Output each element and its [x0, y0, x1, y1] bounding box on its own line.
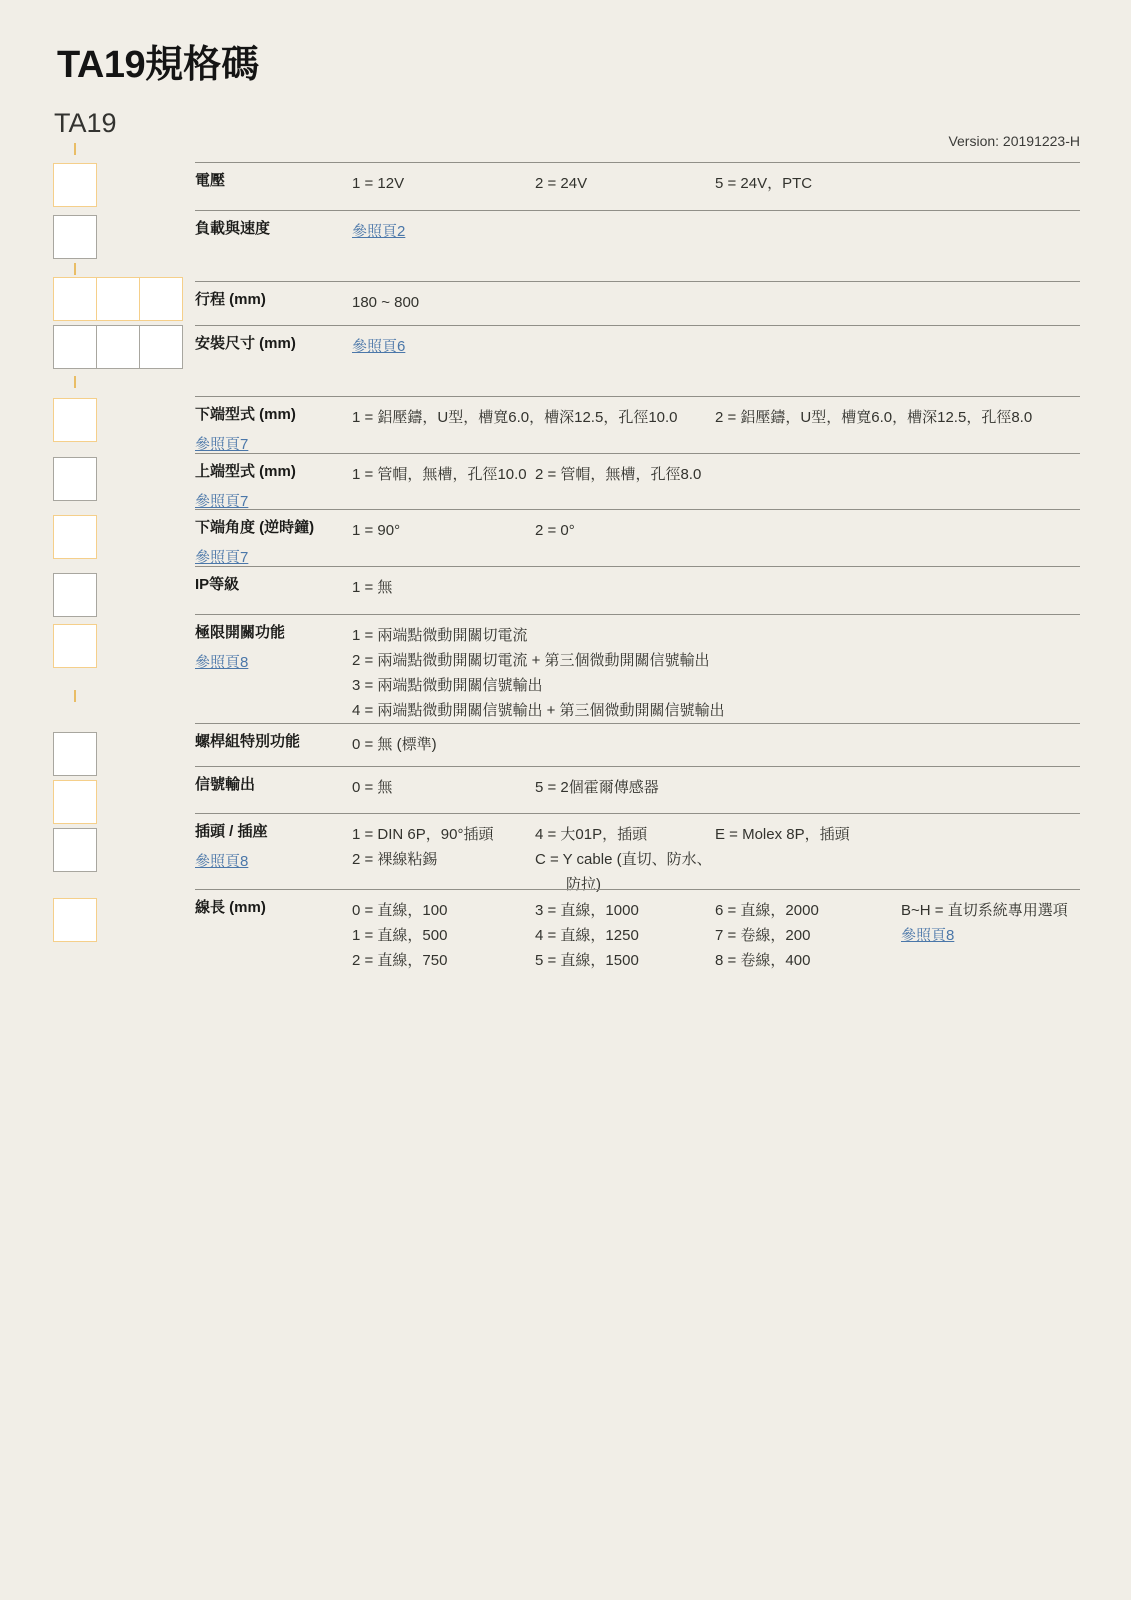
option-value: 2 = 兩端點微動開關切電流 + 第三個微動開關信號輸出: [352, 648, 725, 673]
spec-row-mounting: 安裝尺寸 (mm)參照頁6: [195, 325, 1080, 326]
row-label: 下端角度 (逆時鐘): [195, 518, 314, 538]
rail-tick: [74, 143, 76, 155]
code-box-cell: [53, 398, 97, 442]
option-value: 1 = 無: [352, 575, 392, 600]
spec-row-bottom-angle: 下端角度 (逆時鐘)參照頁71 = 90°2 = 0°: [195, 509, 1080, 510]
spec-row-connector: 插頭 / 插座參照頁81 = DIN 6P，90°插頭2 = 裸線粘錫4 = 大…: [195, 813, 1080, 814]
options-column: 0 = 無: [352, 775, 392, 800]
option-value: 2 = 24V: [535, 171, 587, 196]
code-box-cell: [53, 898, 97, 942]
option-value: 2 = 裸線粘錫: [352, 847, 493, 872]
spec-row-stroke: 行程 (mm)180 ~ 800: [195, 281, 1080, 282]
options-column: 1 = DIN 6P，90°插頭2 = 裸線粘錫: [352, 822, 493, 872]
option-value: 3 = 兩端點微動開關信號輸出: [352, 673, 725, 698]
spec-row-ip-rating: IP等級1 = 無: [195, 566, 1080, 567]
code-box-cell: [96, 277, 140, 321]
option-value: 5 = 24V，PTC: [715, 171, 812, 196]
option-value: 0 = 無: [352, 775, 392, 800]
code-series-label: TA19: [54, 108, 117, 138]
option-value: C = Y cable (直切、防水、: [535, 847, 712, 872]
row-label: 負載與速度: [195, 219, 270, 239]
option-value: 2 = 鋁壓鑄，U型，槽寬6.0，槽深12.5，孔徑8.0: [715, 405, 1032, 430]
code-box-ip-rating: [53, 573, 97, 617]
spec-row-top-type: 上端型式 (mm)參照頁71 = 管帽，無槽，孔徑10.02 = 管帽，無槽，孔…: [195, 453, 1080, 454]
option-value: 1 = 鋁壓鑄，U型，槽寬6.0，槽深12.5，孔徑10.0: [352, 405, 678, 430]
row-label: 極限開關功能: [195, 623, 285, 643]
option-value: 3 = 直線，1000: [535, 898, 639, 923]
code-box-mounting: [53, 325, 183, 369]
options-column: 參照頁2: [352, 219, 405, 244]
rail-tick: [74, 376, 76, 388]
option-value: 2 = 0°: [535, 518, 575, 543]
row-label: 螺桿組特別功能: [195, 732, 300, 752]
option-value: 5 = 直線，1500: [535, 948, 639, 973]
options-column: 參照頁6: [352, 334, 405, 359]
code-box-cell: [53, 215, 97, 259]
options-column: 4 = 大01P，插頭C = Y cable (直切、防水、防拉): [535, 822, 712, 897]
options-column: 1 = 管帽，無槽，孔徑10.0: [352, 462, 527, 487]
page-title: TA19規格碼: [57, 44, 259, 86]
options-column: 1 = 鋁壓鑄，U型，槽寬6.0，槽深12.5，孔徑10.0: [352, 405, 678, 430]
code-box-connector: [53, 828, 97, 872]
option-value: 2 = 直線，750: [352, 948, 447, 973]
option-value: 6 = 直線，2000: [715, 898, 819, 923]
ref-link[interactable]: 參照頁8: [901, 923, 1068, 948]
option-value: 4 = 大01P，插頭: [535, 822, 712, 847]
code-box-cell: [53, 515, 97, 559]
ref-link[interactable]: 參照頁2: [352, 219, 405, 244]
option-value: 180 ~ 800: [352, 290, 419, 315]
options-column: 1 = 90°: [352, 518, 400, 543]
options-column: 0 = 直線，1001 = 直線，5002 = 直線，750: [352, 898, 447, 973]
code-box-cell: [53, 828, 97, 872]
option-value: 1 = 90°: [352, 518, 400, 543]
option-value: 1 = DIN 6P，90°插頭: [352, 822, 493, 847]
spec-row-limit-switch: 極限開關功能參照頁81 = 兩端點微動開關切電流2 = 兩端點微動開關切電流 +…: [195, 614, 1080, 615]
row-ref: 參照頁7: [195, 489, 248, 514]
code-box-cell: [96, 325, 140, 369]
code-box-voltage: [53, 163, 97, 207]
option-value: E = Molex 8P，插頭: [715, 822, 850, 847]
code-box-top-type: [53, 457, 97, 501]
code-box-cell: [53, 457, 97, 501]
code-box-cell: [53, 624, 97, 668]
option-value: 4 = 兩端點微動開關信號輸出 + 第三個微動開關信號輸出: [352, 698, 725, 723]
option-value: 防拉): [566, 872, 712, 897]
row-label: 插頭 / 插座: [195, 822, 268, 842]
ref-link[interactable]: 參照頁8: [195, 853, 248, 870]
code-box-cell: [53, 325, 97, 369]
options-column: 2 = 鋁壓鑄，U型，槽寬6.0，槽深12.5，孔徑8.0: [715, 405, 1032, 430]
options-column: E = Molex 8P，插頭: [715, 822, 850, 847]
rail-tick: [74, 263, 76, 275]
option-value: 0 = 直線，100: [352, 898, 447, 923]
code-box-stroke: [53, 277, 183, 321]
ref-link[interactable]: 參照頁8: [195, 654, 248, 671]
row-ref: 參照頁8: [195, 650, 248, 675]
option-value: 1 = 兩端點微動開關切電流: [352, 623, 725, 648]
option-value: 1 = 管帽，無槽，孔徑10.0: [352, 462, 527, 487]
spec-row-load-speed: 負載與速度參照頁2: [195, 210, 1080, 211]
code-box-cell: [53, 732, 97, 776]
option-value: 1 = 直線，500: [352, 923, 447, 948]
code-box-cell: [139, 277, 183, 321]
option-value: B~H = 直切系統專用選項: [901, 898, 1068, 923]
option-value: 2 = 管帽，無槽，孔徑8.0: [535, 462, 701, 487]
row-label: 電壓: [195, 171, 225, 191]
option-value: 4 = 直線，1250: [535, 923, 639, 948]
ref-link[interactable]: 參照頁7: [195, 549, 248, 566]
row-label: 線長 (mm): [195, 898, 266, 918]
options-column: B~H = 直切系統專用選項參照頁8: [901, 898, 1068, 948]
options-column: 0 = 無 (標準): [352, 732, 437, 757]
code-box-load-speed: [53, 215, 97, 259]
rail-tick: [74, 690, 76, 702]
code-box-cell: [53, 277, 97, 321]
options-column: 6 = 直線，20007 = 卷線，2008 = 卷線，400: [715, 898, 819, 973]
options-column: 2 = 管帽，無槽，孔徑8.0: [535, 462, 701, 487]
option-value: 5 = 2個霍爾傳感器: [535, 775, 659, 800]
code-box-limit-switch: [53, 624, 97, 668]
code-box-cell: [139, 325, 183, 369]
code-box-screw-special: [53, 732, 97, 776]
options-column: 1 = 12V: [352, 171, 404, 196]
options-column: 3 = 直線，10004 = 直線，12505 = 直線，1500: [535, 898, 639, 973]
ref-link[interactable]: 參照頁7: [195, 436, 248, 453]
row-ref: 參照頁8: [195, 849, 248, 874]
code-box-cell: [53, 573, 97, 617]
options-column: 1 = 兩端點微動開關切電流2 = 兩端點微動開關切電流 + 第三個微動開關信號…: [352, 623, 725, 723]
row-label: 下端型式 (mm): [195, 405, 296, 425]
options-column: 5 = 24V，PTC: [715, 171, 812, 196]
title-suffix: 規格碼: [145, 44, 259, 86]
row-label: IP等級: [195, 575, 239, 595]
datasheet-page: TA19規格碼 TA19 Version: 20191223-H 電壓1 = 1…: [0, 0, 1131, 1600]
row-label: 安裝尺寸 (mm): [195, 334, 296, 354]
option-value: 1 = 12V: [352, 171, 404, 196]
code-box-bottom-type: [53, 398, 97, 442]
ref-link[interactable]: 參照頁6: [352, 334, 405, 359]
option-value: 0 = 無 (標準): [352, 732, 437, 757]
version-label: Version: 20191223-H: [948, 133, 1080, 149]
code-box-cell: [53, 780, 97, 824]
options-column: 1 = 無: [352, 575, 392, 600]
spec-row-voltage: 電壓1 = 12V2 = 24V5 = 24V，PTC: [195, 162, 1080, 163]
spec-row-signal-output: 信號輸出0 = 無5 = 2個霍爾傳感器: [195, 766, 1080, 767]
model-name: TA19: [57, 44, 145, 86]
code-box-cable-length: [53, 898, 97, 942]
options-column: 2 = 24V: [535, 171, 587, 196]
option-value: 7 = 卷線，200: [715, 923, 819, 948]
options-column: 2 = 0°: [535, 518, 575, 543]
code-box-cell: [53, 163, 97, 207]
row-label: 行程 (mm): [195, 290, 266, 310]
spec-row-bottom-type: 下端型式 (mm)參照頁71 = 鋁壓鑄，U型，槽寬6.0，槽深12.5，孔徑1…: [195, 396, 1080, 397]
option-value: 8 = 卷線，400: [715, 948, 819, 973]
options-column: 180 ~ 800: [352, 290, 419, 315]
options-column: 5 = 2個霍爾傳感器: [535, 775, 659, 800]
ref-link[interactable]: 參照頁7: [195, 493, 248, 510]
row-label: 信號輸出: [195, 775, 255, 795]
row-label: 上端型式 (mm): [195, 462, 296, 482]
spec-row-cable-length: 線長 (mm)0 = 直線，1001 = 直線，5002 = 直線，7503 =…: [195, 889, 1080, 890]
spec-row-screw-special: 螺桿組特別功能0 = 無 (標準): [195, 723, 1080, 724]
code-box-signal-output: [53, 780, 97, 824]
code-box-bottom-angle: [53, 515, 97, 559]
